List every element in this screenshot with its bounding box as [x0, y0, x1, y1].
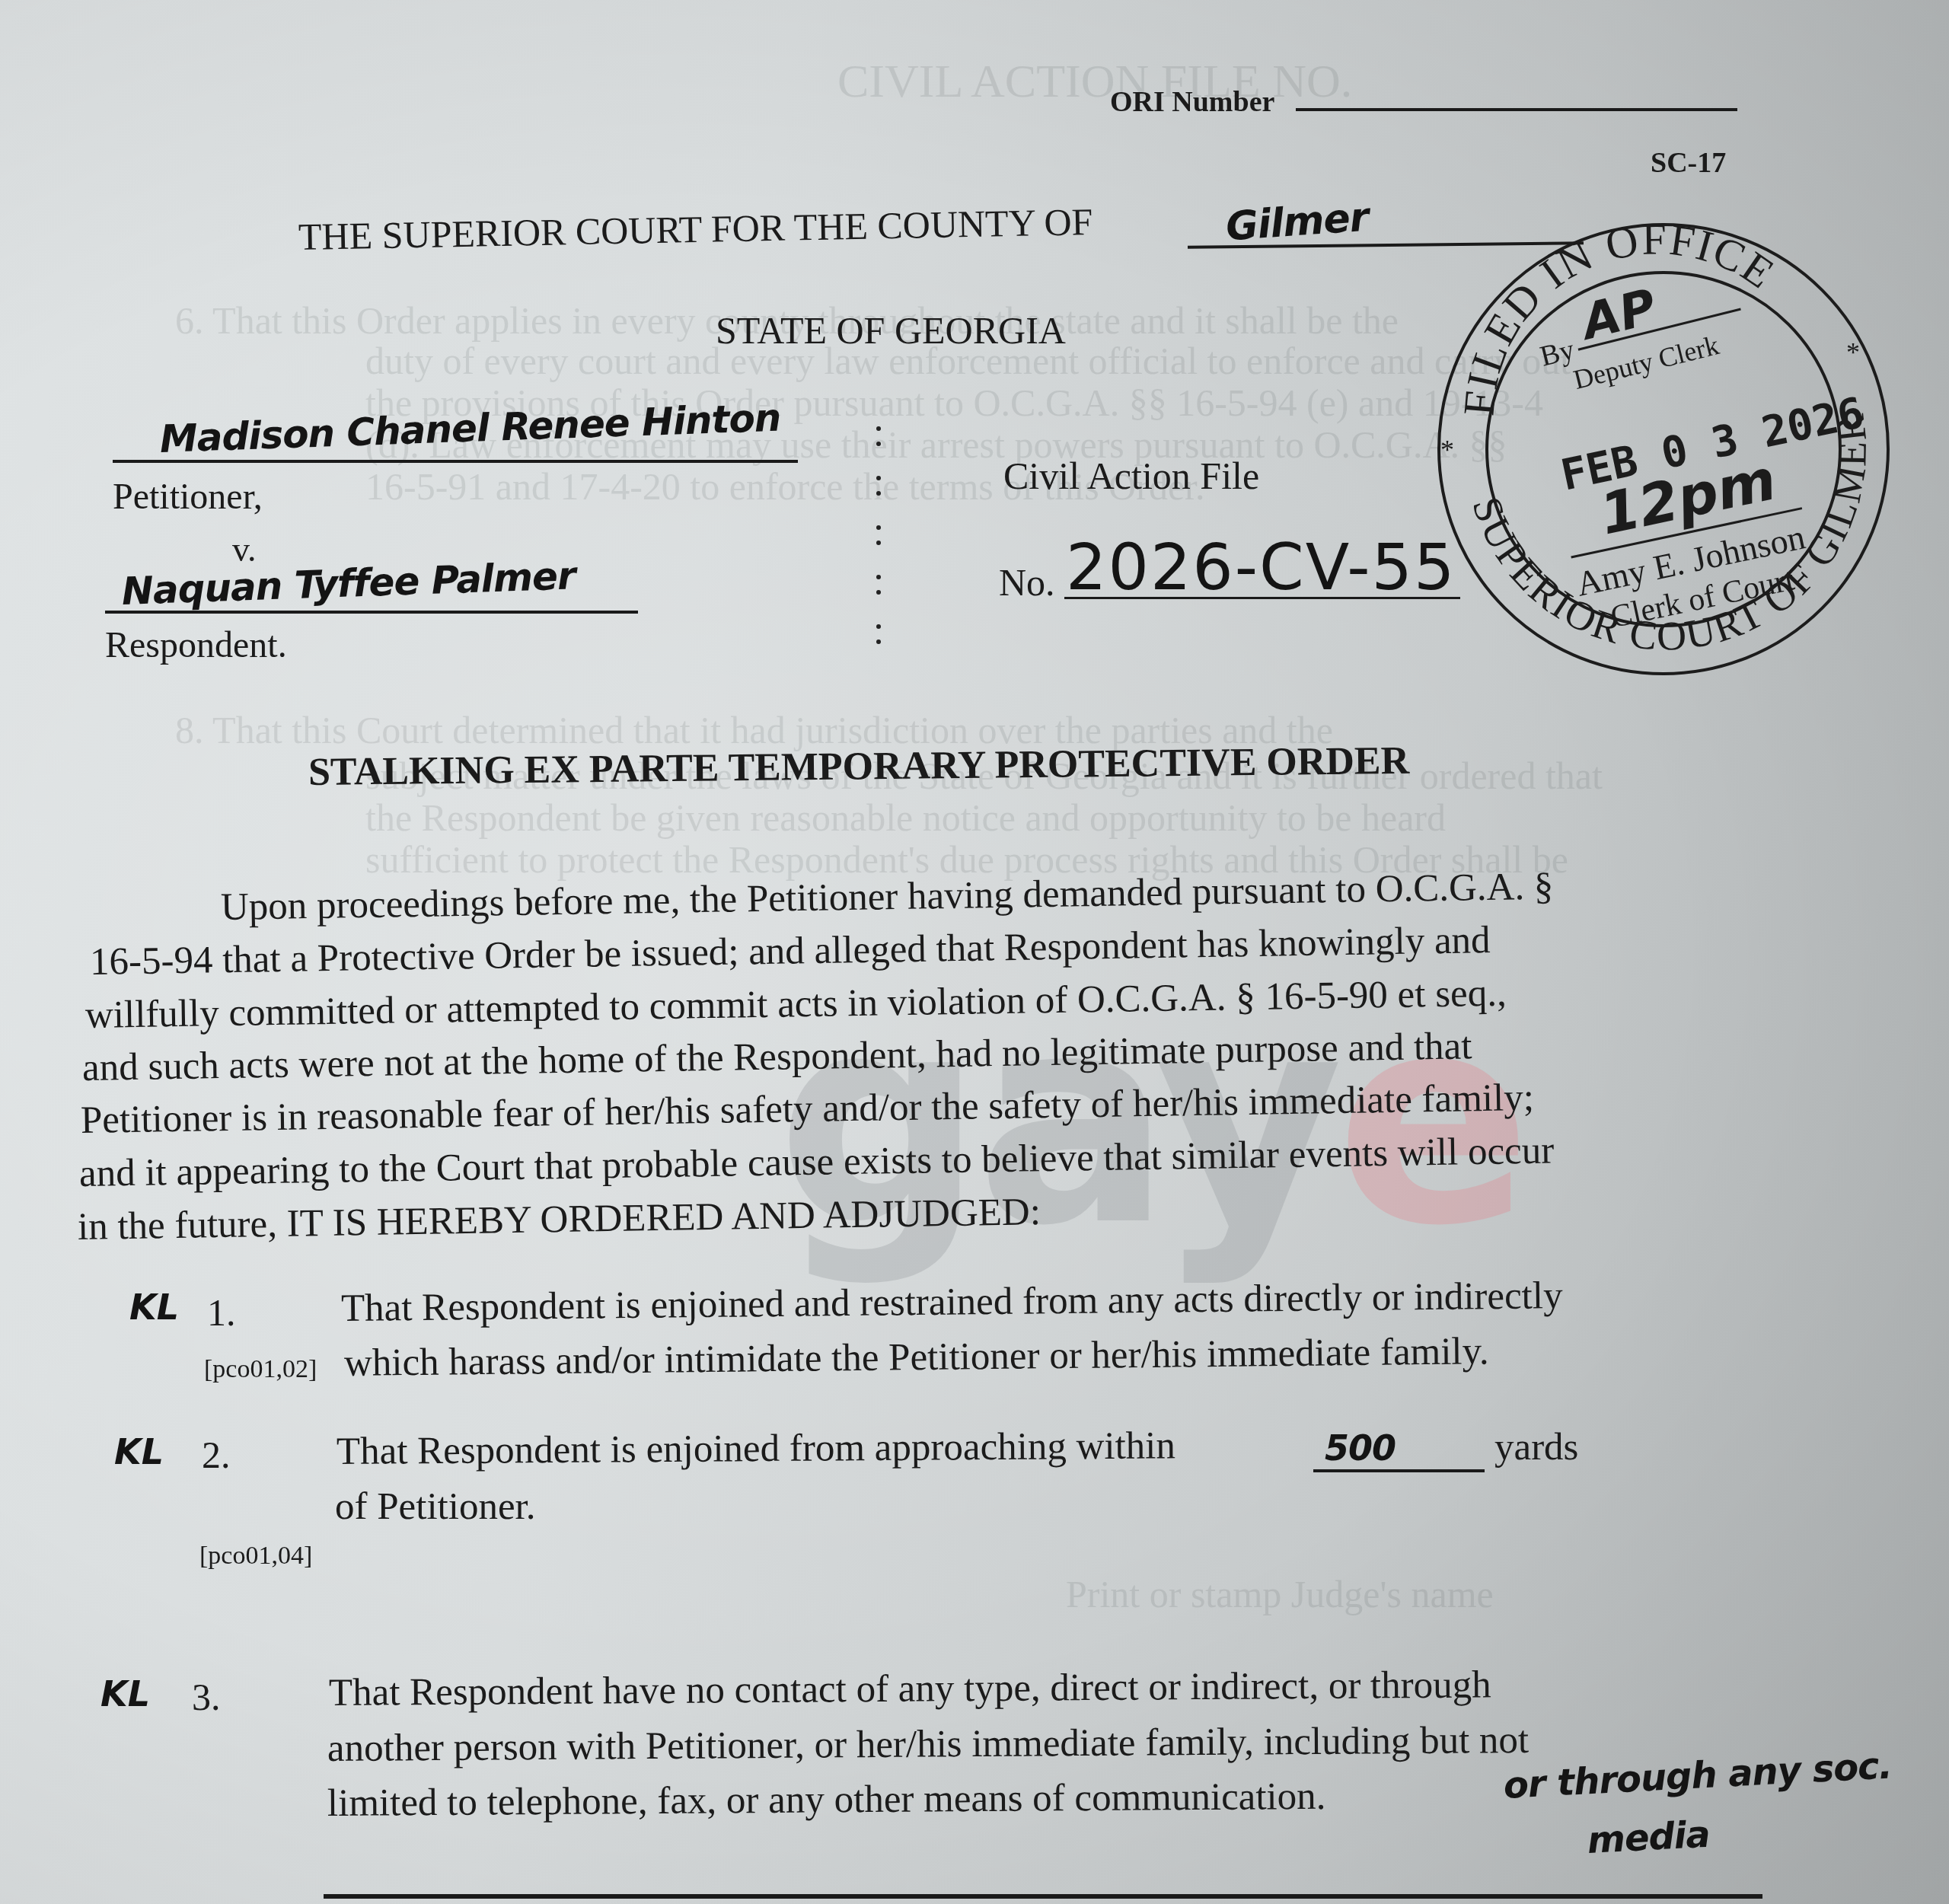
- ori-number-field[interactable]: [1296, 108, 1737, 111]
- item-code: [pco01,02]: [204, 1355, 317, 1384]
- bleed-line: the Respondent be given reasonable notic…: [365, 796, 1446, 840]
- county-handwritten: Gilmer: [1224, 195, 1370, 250]
- item-number: 3.: [192, 1675, 221, 1719]
- petitioner-label: Petitioner,: [113, 476, 263, 518]
- distance-handwritten: 500: [1325, 1427, 1396, 1469]
- bleed-line: CIVIL ACTION FILE NO.: [837, 55, 1352, 109]
- item-text-line: That Respondent is enjoined and restrain…: [341, 1274, 1563, 1331]
- body-line: in the future, IT IS HEREBY ORDERED AND …: [78, 1190, 1041, 1249]
- item-number: 2.: [202, 1433, 231, 1477]
- state-title: STATE OF GEORGIA: [716, 308, 1066, 352]
- civil-action-no-label: No.: [999, 560, 1055, 604]
- court-title: THE SUPERIOR COURT FOR THE COUNTY OF: [298, 199, 1093, 259]
- petitioner-name-field[interactable]: [113, 460, 798, 463]
- distance-field[interactable]: [1313, 1469, 1485, 1472]
- stamp-star-left: *: [1440, 435, 1454, 465]
- judge-initials-handwritten: KL: [114, 1431, 164, 1472]
- item-text-line: That Respondent is enjoined from approac…: [337, 1424, 1175, 1474]
- petitioner-name-handwritten: Madison Chanel Renee Hinton: [159, 396, 781, 461]
- judge-initials-handwritten: KL: [100, 1673, 150, 1714]
- respondent-label: Respondent.: [105, 624, 287, 666]
- civil-action-number-field[interactable]: [1064, 597, 1460, 599]
- respondent-name-handwritten: Naquan Tyffee Palmer: [121, 553, 576, 614]
- handwritten-addition: or through any soc.: [1503, 1744, 1893, 1807]
- handwritten-addition: media: [1587, 1813, 1711, 1862]
- distance-unit: yards: [1494, 1425, 1578, 1469]
- judge-initials-handwritten: KL: [129, 1287, 179, 1328]
- signature-line[interactable]: [324, 1894, 1762, 1899]
- civil-action-file-label: Civil Action File: [1003, 454, 1259, 498]
- bleed-line: Print or stamp Judge's name: [1066, 1572, 1494, 1616]
- item-text-line: of Petitioner.: [335, 1485, 535, 1529]
- respondent-name-field[interactable]: [105, 611, 638, 614]
- item-text-line: which harass and/or intimidate the Petit…: [344, 1329, 1489, 1386]
- item-text-line: That Respondent have no contact of any t…: [329, 1663, 1491, 1715]
- stamp-star-right: *: [1846, 337, 1860, 368]
- item-number: 1.: [207, 1290, 236, 1335]
- civil-action-number-handwritten: 2026-CV-55: [1066, 530, 1456, 604]
- filed-in-office-stamp: FILED IN OFFICE SUPERIOR COURT OF GILMER…: [1424, 217, 1896, 681]
- versus-label: v.: [232, 529, 257, 569]
- order-title: STALKING EX PARTE TEMPORARY PROTECTIVE O…: [308, 738, 1410, 795]
- ori-number-label: ORI Number: [1110, 85, 1274, 119]
- item-text-line: limited to telephone, fax, or any other …: [327, 1775, 1326, 1826]
- stamp-seal-icon: FILED IN OFFICE SUPERIOR COURT OF GILMER…: [1424, 217, 1896, 681]
- item-text-line: another person with Petitioner, or her/h…: [327, 1718, 1530, 1771]
- form-code: SC-17: [1651, 146, 1726, 180]
- item-code: [pco01,04]: [199, 1542, 312, 1571]
